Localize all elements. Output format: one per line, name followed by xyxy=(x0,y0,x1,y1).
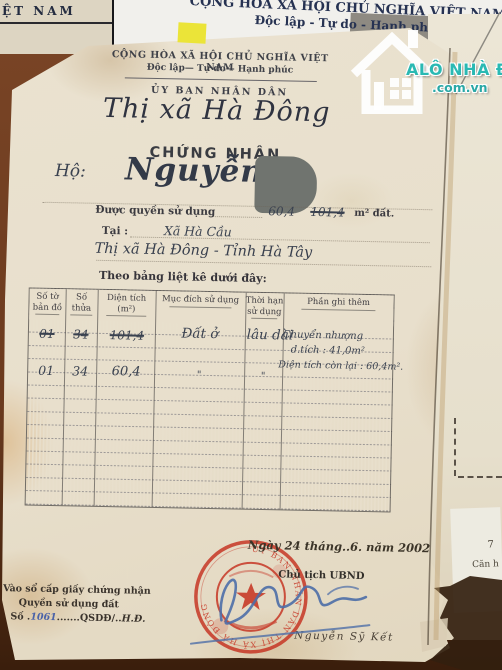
holder-label: Hộ: xyxy=(55,161,86,182)
new-row-sheet: 01 xyxy=(32,363,60,379)
header-area: Diện tích (m²) xyxy=(97,290,156,322)
dash-dot-border-horizontal xyxy=(458,476,502,478)
note-line-1: Chuyển nhượng xyxy=(283,329,393,342)
land-parcel-table: Số tờ bản đồ Số thửa Diện tích (m²) Mục … xyxy=(25,288,395,513)
grant-label: Được quyền sử dụng xyxy=(95,204,215,218)
term-ditto: " xyxy=(244,371,282,383)
torn-edge-shadow xyxy=(410,560,502,670)
column-line xyxy=(94,290,99,506)
column-line xyxy=(280,293,285,509)
registry-line-2: Quyền sử dụng đất xyxy=(19,597,119,610)
logo-domain: .com.vn xyxy=(432,80,488,95)
issuer-name-script: Thị xã Hà Đông xyxy=(89,93,345,129)
location-line2: Thị xã Hà Đông - Tỉnh Hà Tây xyxy=(94,241,312,261)
scrap-text-1: 7 xyxy=(487,539,494,550)
header-term: Thời hạn sử dụng xyxy=(245,293,284,325)
registry-suffix: H.Đ. xyxy=(122,613,146,624)
new-row-parcel: 34 xyxy=(66,363,94,379)
chairman-signature xyxy=(207,556,389,659)
column-line xyxy=(152,291,157,507)
location-label: Tại : xyxy=(102,225,128,237)
new-row-area: 60,4 xyxy=(100,364,152,380)
dotted-line xyxy=(96,260,431,267)
table-intro: Theo bảng liệt kê dưới đây: xyxy=(99,269,267,285)
area-old-value-struck: 101,4 xyxy=(310,205,345,220)
holder-name: Nguyễn xyxy=(125,151,264,190)
logo-title: ALÔ NHÀ ĐẤT xyxy=(406,60,502,79)
column-line xyxy=(242,293,247,509)
area-unit: m² đất. xyxy=(354,208,394,220)
land-use-value: Đất ở xyxy=(155,325,245,343)
note-line-3: Diện tích còn lại : 60,4m². xyxy=(278,359,423,373)
header-land-use: Mục đích sử dụng xyxy=(155,291,246,324)
paper-edge-line xyxy=(112,0,114,47)
registry-line-1: Vào sổ cấp giấy chứng nhận xyxy=(3,583,151,597)
header-notes: Phần ghi thêm xyxy=(283,293,394,326)
old-row-sheet: 01 xyxy=(33,327,61,342)
header-sheet-number: Số tờ bản đồ xyxy=(29,289,66,321)
alo-nha-dat-logo: ALÔ NHÀ ĐẤT .com.vn xyxy=(350,26,502,114)
table-header-row: Số tờ bản đồ Số thửa Diện tích (m²) Mục … xyxy=(29,289,394,327)
dash-dot-border-vertical xyxy=(454,418,456,476)
old-row-parcel: 34 xyxy=(67,327,95,342)
note-line-2: d.tích : 41,0m² xyxy=(291,345,401,358)
scrap-rule xyxy=(0,22,112,24)
registry-line-3: Số .1061.......QSDĐ/..H.Đ. xyxy=(10,611,145,625)
motto-underline xyxy=(125,77,317,82)
old-row-area: 101,4 xyxy=(101,328,153,343)
area-new-value: 60,4 xyxy=(268,204,295,219)
registry-mid: .......QSDĐ/.. xyxy=(57,612,122,624)
photo-of-land-certificate: CỘNG HÒA XÃ HỘI CHỦ NGHĨA VIỆT NAM Độc l… xyxy=(0,0,502,670)
land-use-ditto: " xyxy=(154,369,244,382)
yellow-sticker xyxy=(177,22,206,43)
column-line xyxy=(62,289,67,505)
header-parcel-number: Số thửa xyxy=(65,289,98,321)
scrap-viet-nam-text: ỆT NAM xyxy=(2,4,76,18)
dotted-line xyxy=(210,216,262,218)
registry-prefix: Số . xyxy=(10,611,30,622)
registry-number: 1061 xyxy=(30,612,57,624)
